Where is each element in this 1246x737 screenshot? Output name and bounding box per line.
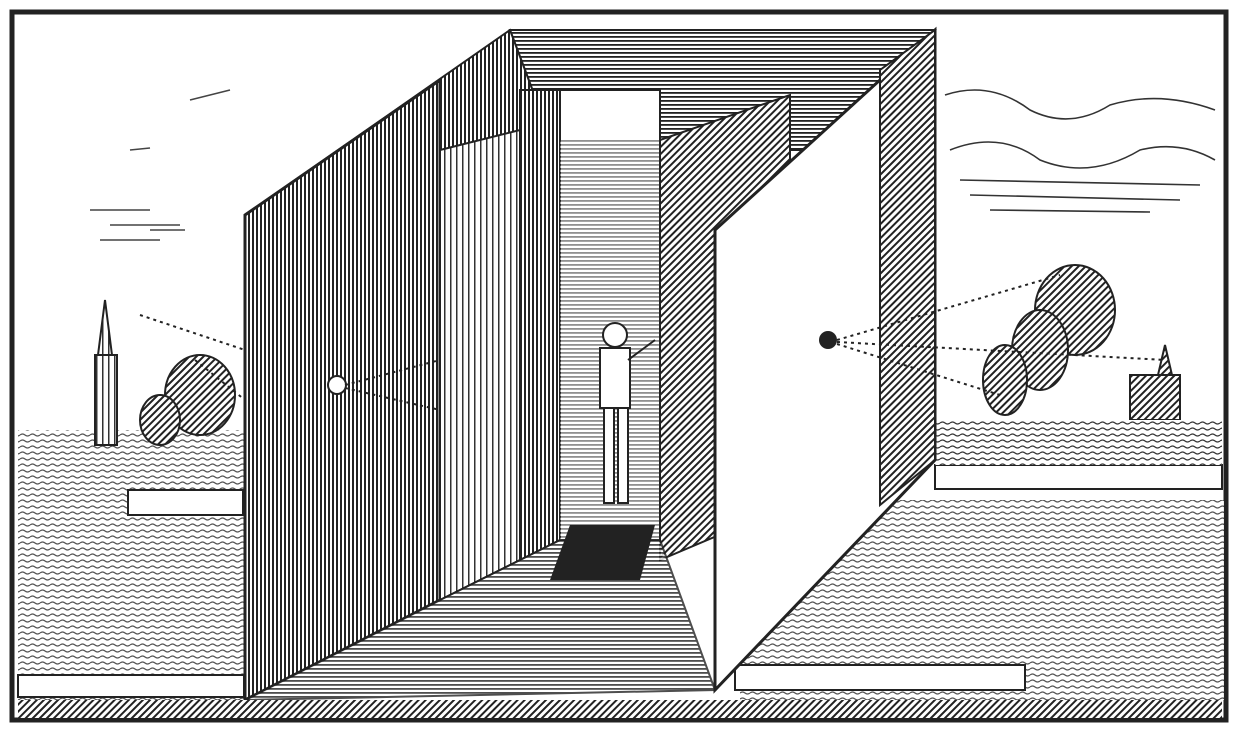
right-aperture bbox=[819, 331, 837, 349]
left-ground bbox=[18, 430, 244, 700]
left-aperture bbox=[328, 376, 346, 394]
camera-obscura-engraving bbox=[0, 0, 1246, 737]
left-inner-wall bbox=[440, 130, 520, 600]
bottom-strip bbox=[18, 700, 1222, 718]
